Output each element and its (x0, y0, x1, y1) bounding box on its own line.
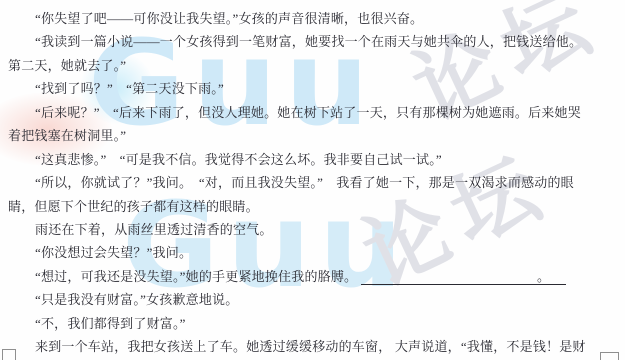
text-line: 着把钱塞在树洞里。” (8, 124, 625, 147)
answer-blank-underline: 。 (361, 269, 566, 285)
text-line: “我读到一篇小说——一个女孩得到一笔财富，她要找一个在雨天与她共伞的人，把钱送给… (8, 30, 625, 53)
page-corner-box-left (2, 349, 16, 360)
text-line: “不，我们都得到了财富。” (8, 312, 625, 335)
text-line: 第二天，她就去了。” (8, 54, 625, 77)
text-line: 睛，但愿下个世纪的孩子都有这样的眼睛。 (8, 195, 625, 218)
text-line: “后来呢？” “后来下雨了，但没人理她。她在树下站了一天，只有那棵树为她遮雨。后… (8, 101, 625, 124)
text-line: “所以，你就试了？”我问。 “对，而且我没失望。” 我看了她一下，那是一双渴求而… (8, 171, 625, 194)
document-text: “你失望了吧——可你没让我失望。”女孩的声音很清晰，也很兴奋。 “我读到一篇小说… (0, 0, 625, 359)
text-line: 雨还在下着，从雨丝里透过清香的空气。 (8, 218, 625, 241)
text-line: “你没想过会失望？”我问。 (8, 241, 625, 264)
text-line: “只是我没有财富。”女孩歉意地说。 (8, 288, 625, 311)
text-line: 来到一个车站，我把女孩送上了车。她透过缓缓移动的车窗， 大声说道，“我懂，不是钱… (8, 335, 625, 358)
page-corner-box-right (600, 352, 619, 360)
text-line-with-blank: “想过，可我还是没失望。”她的手更紧地挽住我的胳膊。。 (8, 265, 625, 288)
text-line: “你失望了吧——可你没让我失望。”女孩的声音很清晰，也很兴奋。 (8, 7, 625, 30)
text-line: “这真悲惨。” “可是我不信。我觉得不会这么坏。我非要自己试一试。” (8, 148, 625, 171)
text-line: “找到了吗？” “第二天没下雨。” (8, 77, 625, 100)
text-before-blank: “想过，可我还是没失望。”她的手更紧地挽住我的胳膊。 (35, 269, 357, 284)
